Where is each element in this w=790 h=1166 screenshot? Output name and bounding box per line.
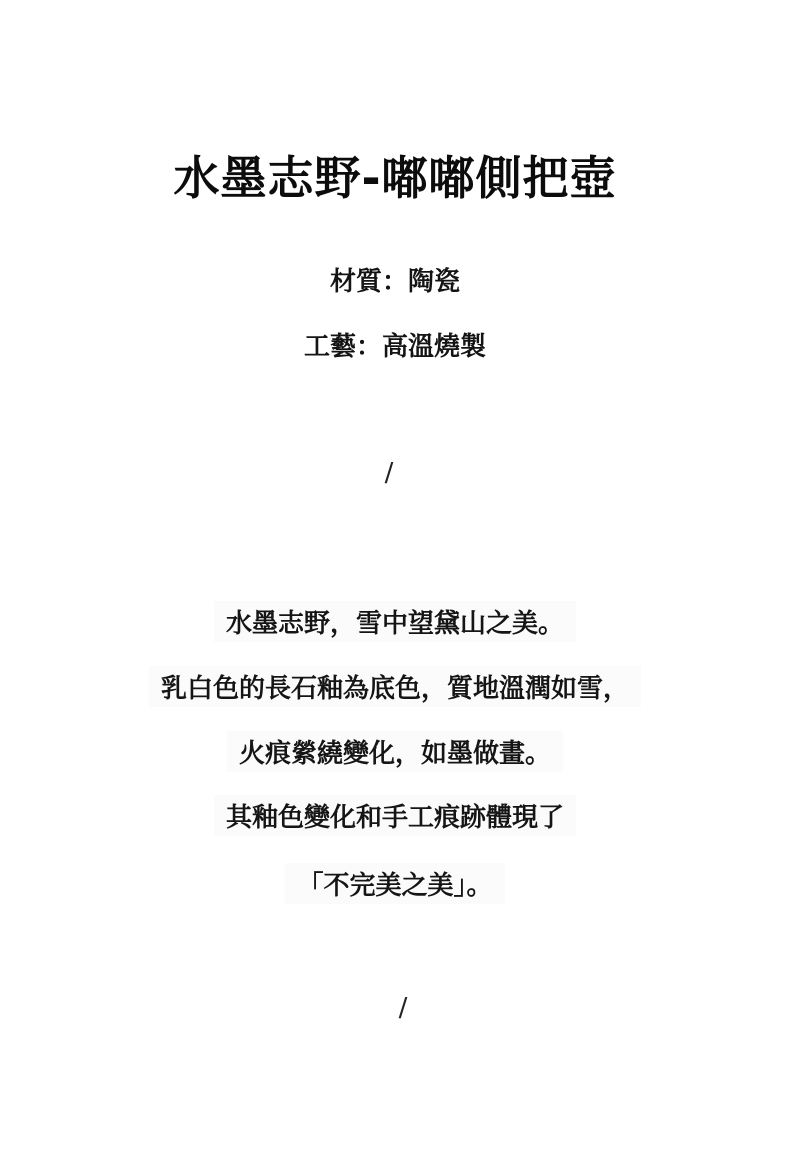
description-text: 水墨志野，雪中望黛山之美。 [214, 601, 576, 642]
description-text: 其釉色變化和手工痕跡體現了 [214, 795, 576, 836]
description-line: 其釉色變化和手工痕跡體現了 [0, 795, 790, 836]
description-line: 乳白色的長石釉為底色，質地溫潤如雪， [0, 666, 790, 707]
spec-craft: 工藝：高溫燒製 [0, 326, 790, 363]
description-text: 「不完美之美」。 [285, 863, 504, 904]
description-text: 火痕縈繞變化，如墨做畫。 [227, 731, 563, 772]
description-line: 火痕縈繞變化，如墨做畫。 [0, 731, 790, 772]
description-text: 乳白色的長石釉為底色，質地溫潤如雪， [149, 666, 641, 707]
product-title: 水墨志野-嘟嘟側把壺 [0, 142, 790, 208]
description-line: 「不完美之美」。 [0, 863, 790, 904]
spec-material: 材質：陶瓷 [0, 261, 790, 298]
description-line: 水墨志野，雪中望黛山之美。 [0, 601, 790, 642]
product-description-page: 水墨志野-嘟嘟側把壺 材質：陶瓷 工藝：高溫燒製 / 水墨志野，雪中望黛山之美。… [0, 0, 790, 1166]
slash-divider-icon: / [0, 458, 784, 488]
slash-divider-icon: / [8, 993, 790, 1023]
